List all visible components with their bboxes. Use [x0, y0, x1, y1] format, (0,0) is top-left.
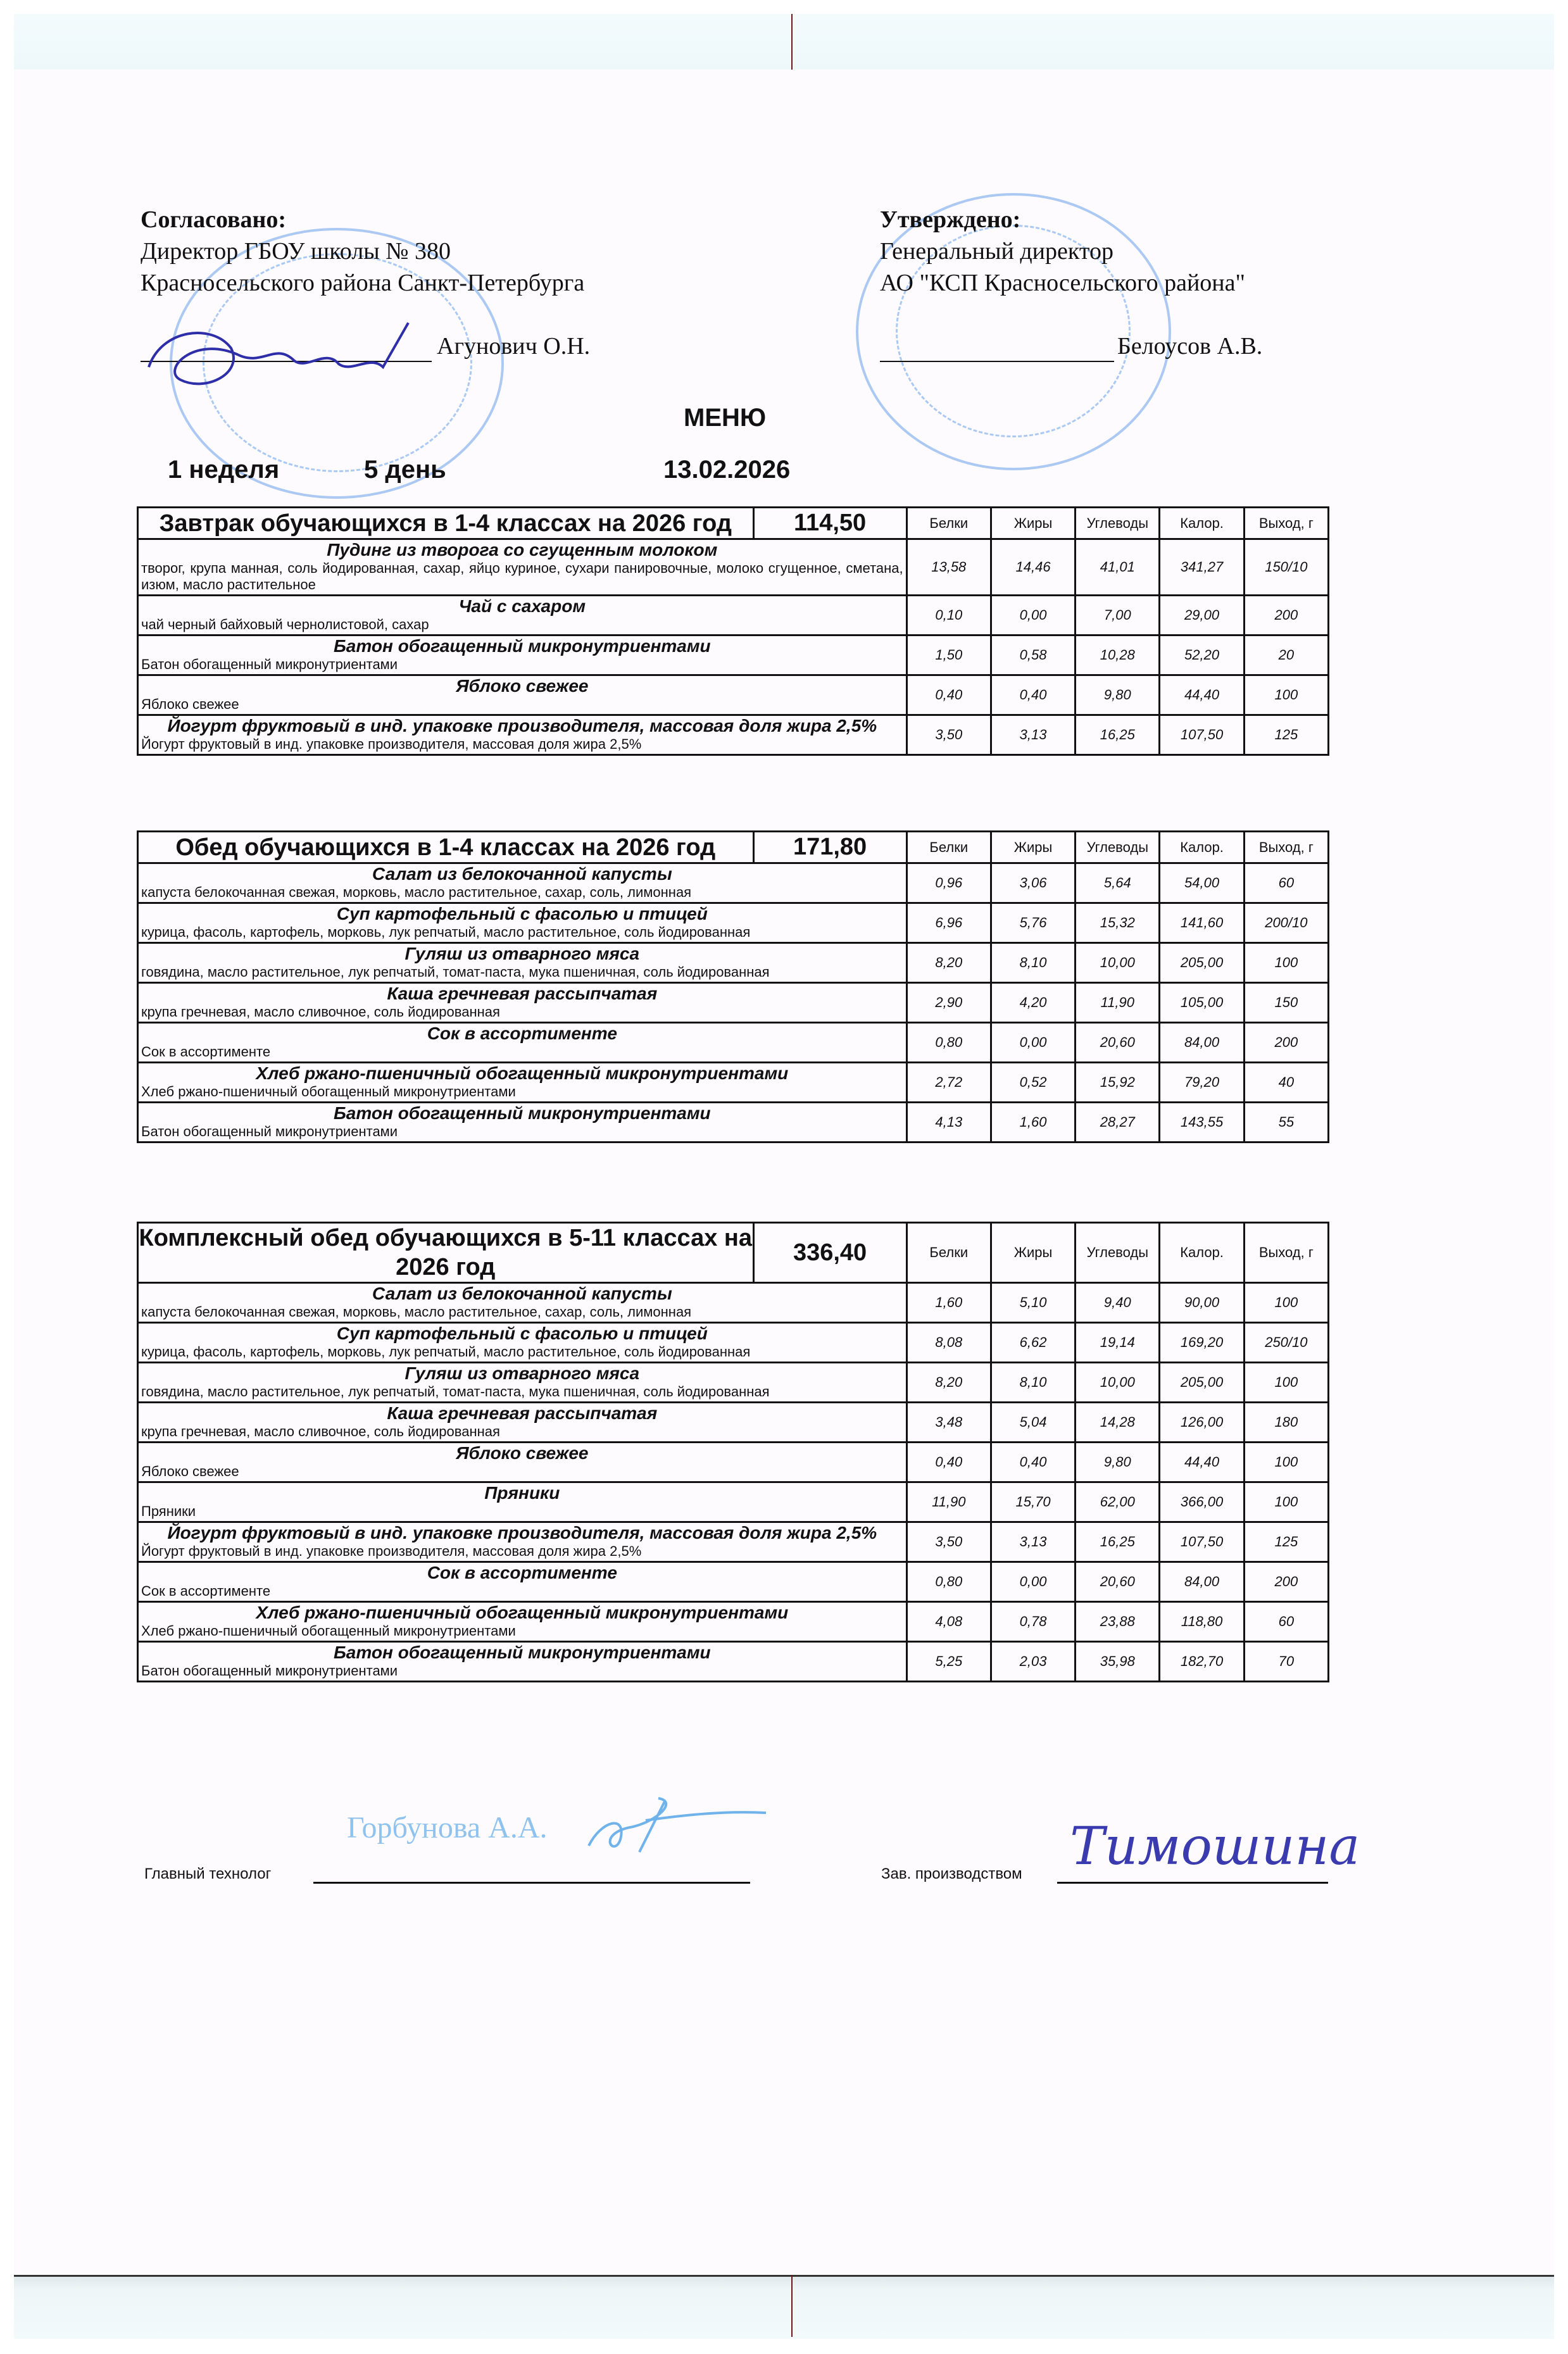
dish-cell: Яблоко свежееЯблоко свежее [138, 1443, 907, 1482]
nutrient-value: 84,00 [1160, 1562, 1244, 1602]
nutrient-value: 5,64 [1076, 863, 1160, 903]
dish-cell: Сок в ассортиментеСок в ассортименте [138, 1562, 907, 1602]
nutrient-value: 55 [1244, 1103, 1328, 1143]
nutrient-value: 169,20 [1160, 1323, 1244, 1363]
nutrient-value: 2,72 [906, 1063, 991, 1103]
dish-cell: Сок в ассортиментеСок в ассортименте [138, 1023, 907, 1063]
nutrient-value: 29,00 [1160, 596, 1244, 635]
menu-table-2: Комплексный обед обучающихся в 5-11 клас… [137, 1222, 1329, 1682]
column-header: Выход, г [1244, 832, 1328, 863]
dish-cell: Хлеб ржано-пшеничный обогащенный микрону… [138, 1063, 907, 1103]
table-row: Пудинг из творога со сгущенным молокомтв… [138, 539, 1329, 596]
signature-left-icon [136, 310, 440, 399]
table-row: Сок в ассортиментеСок в ассортименте0,80… [138, 1023, 1329, 1063]
nutrient-value: 16,25 [1076, 715, 1160, 755]
nutrient-value: 14,28 [1076, 1403, 1160, 1443]
nutrient-value: 52,20 [1160, 635, 1244, 675]
nutrient-value: 366,00 [1160, 1482, 1244, 1522]
menu-table-0: Завтрак обучающихся в 1-4 классах на 202… [137, 506, 1329, 756]
dish-name: Батон обогащенный микронутриентами [139, 636, 906, 656]
table-row: Каша гречневая рассыпчатаякрупа гречнева… [138, 983, 1329, 1023]
nutrient-value: 141,60 [1160, 903, 1244, 943]
nutrient-value: 3,13 [991, 1522, 1075, 1562]
day-label: 5 день [364, 456, 446, 484]
nutrient-value: 0,00 [991, 596, 1075, 635]
signature-line-right [880, 361, 1114, 362]
production-head-signature-line [1057, 1882, 1328, 1884]
dish-cell: Хлеб ржано-пшеничный обогащенный микрону… [138, 1602, 907, 1642]
table-row: Яблоко свежееЯблоко свежее0,400,409,8044… [138, 1443, 1329, 1482]
column-header: Выход, г [1244, 508, 1328, 539]
production-head-label: Зав. производством [881, 1865, 1022, 1883]
table-row: Салат из белокочанной капустыкапуста бел… [138, 1283, 1329, 1323]
dish-ingredients: Яблоко свежее [139, 1463, 906, 1481]
dish-name: Яблоко свежее [139, 676, 906, 696]
nutrient-value: 44,40 [1160, 1443, 1244, 1482]
nutrient-value: 118,80 [1160, 1602, 1244, 1642]
dish-ingredients: Йогурт фруктовый в инд. упаковке произво… [139, 1543, 906, 1561]
nutrient-value: 60 [1244, 863, 1328, 903]
column-header: Жиры [991, 832, 1075, 863]
approval-left-line1: Директор ГБОУ школы № 380 [141, 235, 584, 267]
nutrient-value: 15,92 [1076, 1063, 1160, 1103]
table-row: Суп картофельный с фасолью и птицейкуриц… [138, 1323, 1329, 1363]
dish-name: Батон обогащенный микронутриентами [139, 1643, 906, 1663]
nutrient-value: 62,00 [1076, 1482, 1160, 1522]
nutrient-value: 9,40 [1076, 1283, 1160, 1323]
dish-ingredients: Хлеб ржано-пшеничный обогащенный микрону… [139, 1084, 906, 1101]
nutrient-value: 107,50 [1160, 715, 1244, 755]
nutrient-value: 84,00 [1160, 1023, 1244, 1063]
dish-name: Йогурт фруктовый в инд. упаковке произво… [139, 1523, 906, 1543]
nutrient-value: 3,13 [991, 715, 1075, 755]
nutrient-value: 5,10 [991, 1283, 1075, 1323]
column-header: Калор. [1160, 508, 1244, 539]
nutrient-value: 20 [1244, 635, 1328, 675]
nutrient-value: 4,08 [906, 1602, 991, 1642]
nutrient-value: 125 [1244, 1522, 1328, 1562]
dish-name: Йогурт фруктовый в инд. упаковке произво… [139, 716, 906, 736]
section-price: 336,40 [753, 1223, 906, 1283]
column-header: Калор. [1160, 1223, 1244, 1283]
dish-ingredients: чай черный байховый чернолистовой, сахар [139, 617, 906, 634]
dish-name: Каша гречневая рассыпчатая [139, 984, 906, 1004]
nutrient-value: 1,60 [906, 1283, 991, 1323]
dish-cell: Гуляш из отварного мясаговядина, масло р… [138, 943, 907, 983]
table-row: Йогурт фруктовый в инд. упаковке произво… [138, 1522, 1329, 1562]
dish-cell: Яблоко свежееЯблоко свежее [138, 675, 907, 715]
chief-technologist-stamp: Горбунова А.А. [347, 1810, 547, 1845]
nutrient-value: 9,80 [1076, 1443, 1160, 1482]
nutrient-value: 200/10 [1244, 903, 1328, 943]
dish-ingredients: Яблоко свежее [139, 696, 906, 714]
dish-ingredients: Сок в ассортименте [139, 1044, 906, 1061]
dish-ingredients: Пряники [139, 1503, 906, 1521]
week-label: 1 неделя [168, 456, 279, 484]
nutrient-value: 6,96 [906, 903, 991, 943]
nutrient-value: 10,00 [1076, 943, 1160, 983]
section-title: Комплексный обед обучающихся в 5-11 клас… [138, 1223, 754, 1283]
table-header-row: Завтрак обучающихся в 1-4 классах на 202… [138, 508, 1329, 539]
nutrient-value: 8,08 [906, 1323, 991, 1363]
production-head-signature: Тимошина [1070, 1817, 1360, 1877]
nutrient-value: 205,00 [1160, 943, 1244, 983]
approval-left-signer: Агунович О.Н. [437, 330, 590, 362]
dish-cell: Суп картофельный с фасолью и птицейкуриц… [138, 1323, 907, 1363]
column-header: Белки [906, 832, 991, 863]
nutrient-value: 0,52 [991, 1063, 1075, 1103]
table-header-row: Комплексный обед обучающихся в 5-11 клас… [138, 1223, 1329, 1283]
nutrient-value: 0,40 [906, 1443, 991, 1482]
table-row: Чай с сахаромчай черный байховый черноли… [138, 596, 1329, 635]
nutrient-value: 200 [1244, 1023, 1328, 1063]
dish-cell: Гуляш из отварного мясаговядина, масло р… [138, 1363, 907, 1403]
dish-cell: Пудинг из творога со сгущенным молокомтв… [138, 539, 907, 596]
section-price: 114,50 [753, 508, 906, 539]
table-row: Яблоко свежееЯблоко свежее0,400,409,8044… [138, 675, 1329, 715]
nutrient-value: 126,00 [1160, 1403, 1244, 1443]
nutrient-value: 0,00 [991, 1023, 1075, 1063]
nutrient-value: 15,70 [991, 1482, 1075, 1522]
dish-cell: Йогурт фруктовый в инд. упаковке произво… [138, 1522, 907, 1562]
approval-right-line1: Генеральный директор [880, 235, 1245, 267]
nutrient-value: 23,88 [1076, 1602, 1160, 1642]
section-title: Обед обучающихся в 1-4 классах на 2026 г… [138, 832, 754, 863]
column-header: Жиры [991, 508, 1075, 539]
nutrient-value: 150/10 [1244, 539, 1328, 596]
nutrient-value: 4,13 [906, 1103, 991, 1143]
nutrient-value: 0,96 [906, 863, 991, 903]
nutrient-value: 200 [1244, 1562, 1328, 1602]
dish-name: Хлеб ржано-пшеничный обогащенный микрону… [139, 1063, 906, 1084]
dish-ingredients: крупа гречневая, масло сливочное, соль й… [139, 1424, 906, 1441]
nutrient-value: 4,20 [991, 983, 1075, 1023]
dish-name: Салат из белокочанной капусты [139, 864, 906, 884]
nutrient-value: 3,48 [906, 1403, 991, 1443]
nutrient-value: 2,90 [906, 983, 991, 1023]
table-row: Хлеб ржано-пшеничный обогащенный микрону… [138, 1602, 1329, 1642]
nutrient-value: 143,55 [1160, 1103, 1244, 1143]
dish-name: Сок в ассортименте [139, 1024, 906, 1044]
dish-ingredients: творог, крупа манная, соль йодированная,… [139, 560, 906, 594]
nutrient-value: 90,00 [1160, 1283, 1244, 1323]
approval-right: Утверждено: Генеральный директор АО "КСП… [880, 204, 1245, 299]
nutrient-value: 8,10 [991, 943, 1075, 983]
nutrient-value: 100 [1244, 1283, 1328, 1323]
nutrient-value: 79,20 [1160, 1063, 1244, 1103]
nutrient-value: 16,25 [1076, 1522, 1160, 1562]
nutrient-value: 20,60 [1076, 1562, 1160, 1602]
table-row: Йогурт фруктовый в инд. упаковке произво… [138, 715, 1329, 755]
nutrient-value: 125 [1244, 715, 1328, 755]
dish-name: Пудинг из творога со сгущенным молоком [139, 540, 906, 560]
nutrient-value: 14,46 [991, 539, 1075, 596]
dish-ingredients: Батон обогащенный микронутриентами [139, 1124, 906, 1141]
nutrient-value: 8,20 [906, 1363, 991, 1403]
column-header: Углеводы [1076, 832, 1160, 863]
dish-ingredients: Йогурт фруктовый в инд. упаковке произво… [139, 736, 906, 754]
dish-name: Яблоко свежее [139, 1443, 906, 1463]
table-row: Сок в ассортиментеСок в ассортименте0,80… [138, 1562, 1329, 1602]
dish-cell: Каша гречневая рассыпчатаякрупа гречнева… [138, 1403, 907, 1443]
nutrient-value: 28,27 [1076, 1103, 1160, 1143]
nutrient-value: 182,70 [1160, 1642, 1244, 1682]
approval-right-heading: Утверждено: [880, 204, 1245, 235]
menu-date: 13.02.2026 [663, 456, 790, 484]
nutrient-value: 107,50 [1160, 1522, 1244, 1562]
nutrient-value: 250/10 [1244, 1323, 1328, 1363]
dish-name: Батон обогащенный микронутриентами [139, 1103, 906, 1124]
nutrient-value: 100 [1244, 1482, 1328, 1522]
column-header: Белки [906, 1223, 991, 1283]
nutrient-value: 60 [1244, 1602, 1328, 1642]
nutrient-value: 180 [1244, 1403, 1328, 1443]
nutrient-value: 11,90 [906, 1482, 991, 1522]
nutrient-value: 35,98 [1076, 1642, 1160, 1682]
nutrient-value: 5,76 [991, 903, 1075, 943]
column-header: Углеводы [1076, 1223, 1160, 1283]
dish-cell: Батон обогащенный микронутриентамиБатон … [138, 1103, 907, 1143]
fold-line-top [791, 14, 793, 71]
nutrient-value: 15,32 [1076, 903, 1160, 943]
nutrient-value: 100 [1244, 943, 1328, 983]
nutrient-value: 100 [1244, 1363, 1328, 1403]
column-header: Выход, г [1244, 1223, 1328, 1283]
nutrient-value: 19,14 [1076, 1323, 1160, 1363]
table-row: Салат из белокочанной капустыкапуста бел… [138, 863, 1329, 903]
table-row: Хлеб ржано-пшеничный обогащенный микрону… [138, 1063, 1329, 1103]
dish-name: Пряники [139, 1483, 906, 1503]
nutrient-value: 2,03 [991, 1642, 1075, 1682]
dish-ingredients: капуста белокочанная свежая, морковь, ма… [139, 884, 906, 902]
nutrient-value: 200 [1244, 596, 1328, 635]
dish-ingredients: крупа гречневая, масло сливочное, соль й… [139, 1004, 906, 1022]
menu-table-1: Обед обучающихся в 1-4 классах на 2026 г… [137, 830, 1329, 1143]
column-header: Углеводы [1076, 508, 1160, 539]
approval-left: Согласовано: Директор ГБОУ школы № 380 К… [141, 204, 584, 299]
nutrient-value: 0,40 [991, 1443, 1075, 1482]
nutrient-value: 0,80 [906, 1562, 991, 1602]
section-price: 171,80 [753, 832, 906, 863]
dish-name: Чай с сахаром [139, 596, 906, 617]
nutrient-value: 341,27 [1160, 539, 1244, 596]
nutrient-value: 150 [1244, 983, 1328, 1023]
dish-ingredients: капуста белокочанная свежая, морковь, ма… [139, 1304, 906, 1322]
dish-cell: Чай с сахаромчай черный байховый черноли… [138, 596, 907, 635]
table-row: Батон обогащенный микронутриентамиБатон … [138, 1642, 1329, 1682]
dish-ingredients: Батон обогащенный микронутриентами [139, 656, 906, 674]
approval-left-heading: Согласовано: [141, 204, 584, 235]
nutrient-value: 0,00 [991, 1562, 1075, 1602]
nutrient-value: 8,20 [906, 943, 991, 983]
dish-cell: Батон обогащенный микронутриентамиБатон … [138, 635, 907, 675]
dish-name: Салат из белокочанной капусты [139, 1284, 906, 1304]
nutrient-value: 7,00 [1076, 596, 1160, 635]
dish-ingredients: говядина, масло растительное, лук репчат… [139, 964, 906, 982]
table-row: Гуляш из отварного мясаговядина, масло р… [138, 1363, 1329, 1403]
chief-technologist-label: Главный технолог [144, 1865, 271, 1883]
fold-line-bottom [791, 2275, 793, 2337]
column-header: Калор. [1160, 832, 1244, 863]
nutrient-value: 0,78 [991, 1602, 1075, 1642]
dish-name: Сок в ассортименте [139, 1563, 906, 1583]
nutrient-value: 40 [1244, 1063, 1328, 1103]
dish-name: Хлеб ржано-пшеничный обогащенный микрону… [139, 1603, 906, 1623]
nutrient-value: 1,50 [906, 635, 991, 675]
nutrient-value: 100 [1244, 675, 1328, 715]
nutrient-value: 5,25 [906, 1642, 991, 1682]
nutrient-value: 41,01 [1076, 539, 1160, 596]
nutrient-value: 9,80 [1076, 675, 1160, 715]
nutrient-value: 6,62 [991, 1323, 1075, 1363]
dish-cell: Суп картофельный с фасолью и птицейкуриц… [138, 903, 907, 943]
nutrient-value: 5,04 [991, 1403, 1075, 1443]
nutrient-value: 44,40 [1160, 675, 1244, 715]
table-row: Суп картофельный с фасолью и птицейкуриц… [138, 903, 1329, 943]
dish-ingredients: говядина, масло растительное, лук репчат… [139, 1384, 906, 1401]
dish-name: Суп картофельный с фасолью и птицей [139, 904, 906, 924]
nutrient-value: 3,50 [906, 715, 991, 755]
dish-cell: Каша гречневая рассыпчатаякрупа гречнева… [138, 983, 907, 1023]
nutrient-value: 8,10 [991, 1363, 1075, 1403]
dish-cell: Салат из белокочанной капустыкапуста бел… [138, 863, 907, 903]
scan-bottom-band [14, 2275, 1554, 2339]
nutrient-value: 20,60 [1076, 1023, 1160, 1063]
dish-name: Каша гречневая рассыпчатая [139, 1403, 906, 1424]
dish-ingredients: курица, фасоль, картофель, морковь, лук … [139, 924, 906, 942]
nutrient-value: 10,00 [1076, 1363, 1160, 1403]
nutrient-value: 3,06 [991, 863, 1075, 903]
approval-left-line2: Красносельского района Санкт-Петербурга [141, 267, 584, 299]
column-header: Жиры [991, 1223, 1075, 1283]
section-title: Завтрак обучающихся в 1-4 классах на 202… [138, 508, 754, 539]
nutrient-value: 70 [1244, 1642, 1328, 1682]
nutrient-value: 13,58 [906, 539, 991, 596]
chief-technologist-signature-line [313, 1882, 750, 1884]
nutrient-value: 0,80 [906, 1023, 991, 1063]
column-header: Белки [906, 508, 991, 539]
nutrient-value: 11,90 [1076, 983, 1160, 1023]
page-title: МЕНЮ [684, 404, 766, 432]
table-row: Батон обогащенный микронутриентамиБатон … [138, 1103, 1329, 1143]
dish-cell: Батон обогащенный микронутриентамиБатон … [138, 1642, 907, 1682]
dish-ingredients: Батон обогащенный микронутриентами [139, 1663, 906, 1681]
nutrient-value: 54,00 [1160, 863, 1244, 903]
nutrient-value: 10,28 [1076, 635, 1160, 675]
nutrient-value: 0,40 [906, 675, 991, 715]
table-header-row: Обед обучающихся в 1-4 классах на 2026 г… [138, 832, 1329, 863]
nutrient-value: 100 [1244, 1443, 1328, 1482]
nutrient-value: 1,60 [991, 1103, 1075, 1143]
nutrient-value: 0,40 [991, 675, 1075, 715]
dish-ingredients: курица, фасоль, картофель, морковь, лук … [139, 1344, 906, 1362]
chief-technologist-signature-icon [576, 1795, 779, 1865]
nutrient-value: 0,10 [906, 596, 991, 635]
nutrient-value: 205,00 [1160, 1363, 1244, 1403]
approval-right-line2: АО "КСП Красносельского района" [880, 267, 1245, 299]
approval-right-signer: Белоусов А.В. [1117, 330, 1262, 362]
dish-name: Гуляш из отварного мяса [139, 1363, 906, 1384]
nutrient-value: 105,00 [1160, 983, 1244, 1023]
dish-ingredients: Хлеб ржано-пшеничный обогащенный микрону… [139, 1623, 906, 1641]
nutrient-value: 0,58 [991, 635, 1075, 675]
dish-cell: Йогурт фруктовый в инд. упаковке произво… [138, 715, 907, 755]
dish-name: Суп картофельный с фасолью и птицей [139, 1324, 906, 1344]
table-row: Гуляш из отварного мясаговядина, масло р… [138, 943, 1329, 983]
table-row: Каша гречневая рассыпчатаякрупа гречнева… [138, 1403, 1329, 1443]
dish-name: Гуляш из отварного мяса [139, 944, 906, 964]
table-row: ПряникиПряники11,9015,7062,00366,00100 [138, 1482, 1329, 1522]
table-row: Батон обогащенный микронутриентамиБатон … [138, 635, 1329, 675]
dish-ingredients: Сок в ассортименте [139, 1583, 906, 1601]
dish-cell: Салат из белокочанной капустыкапуста бел… [138, 1283, 907, 1323]
nutrient-value: 3,50 [906, 1522, 991, 1562]
scan-top-band [14, 14, 1554, 70]
dish-cell: ПряникиПряники [138, 1482, 907, 1522]
